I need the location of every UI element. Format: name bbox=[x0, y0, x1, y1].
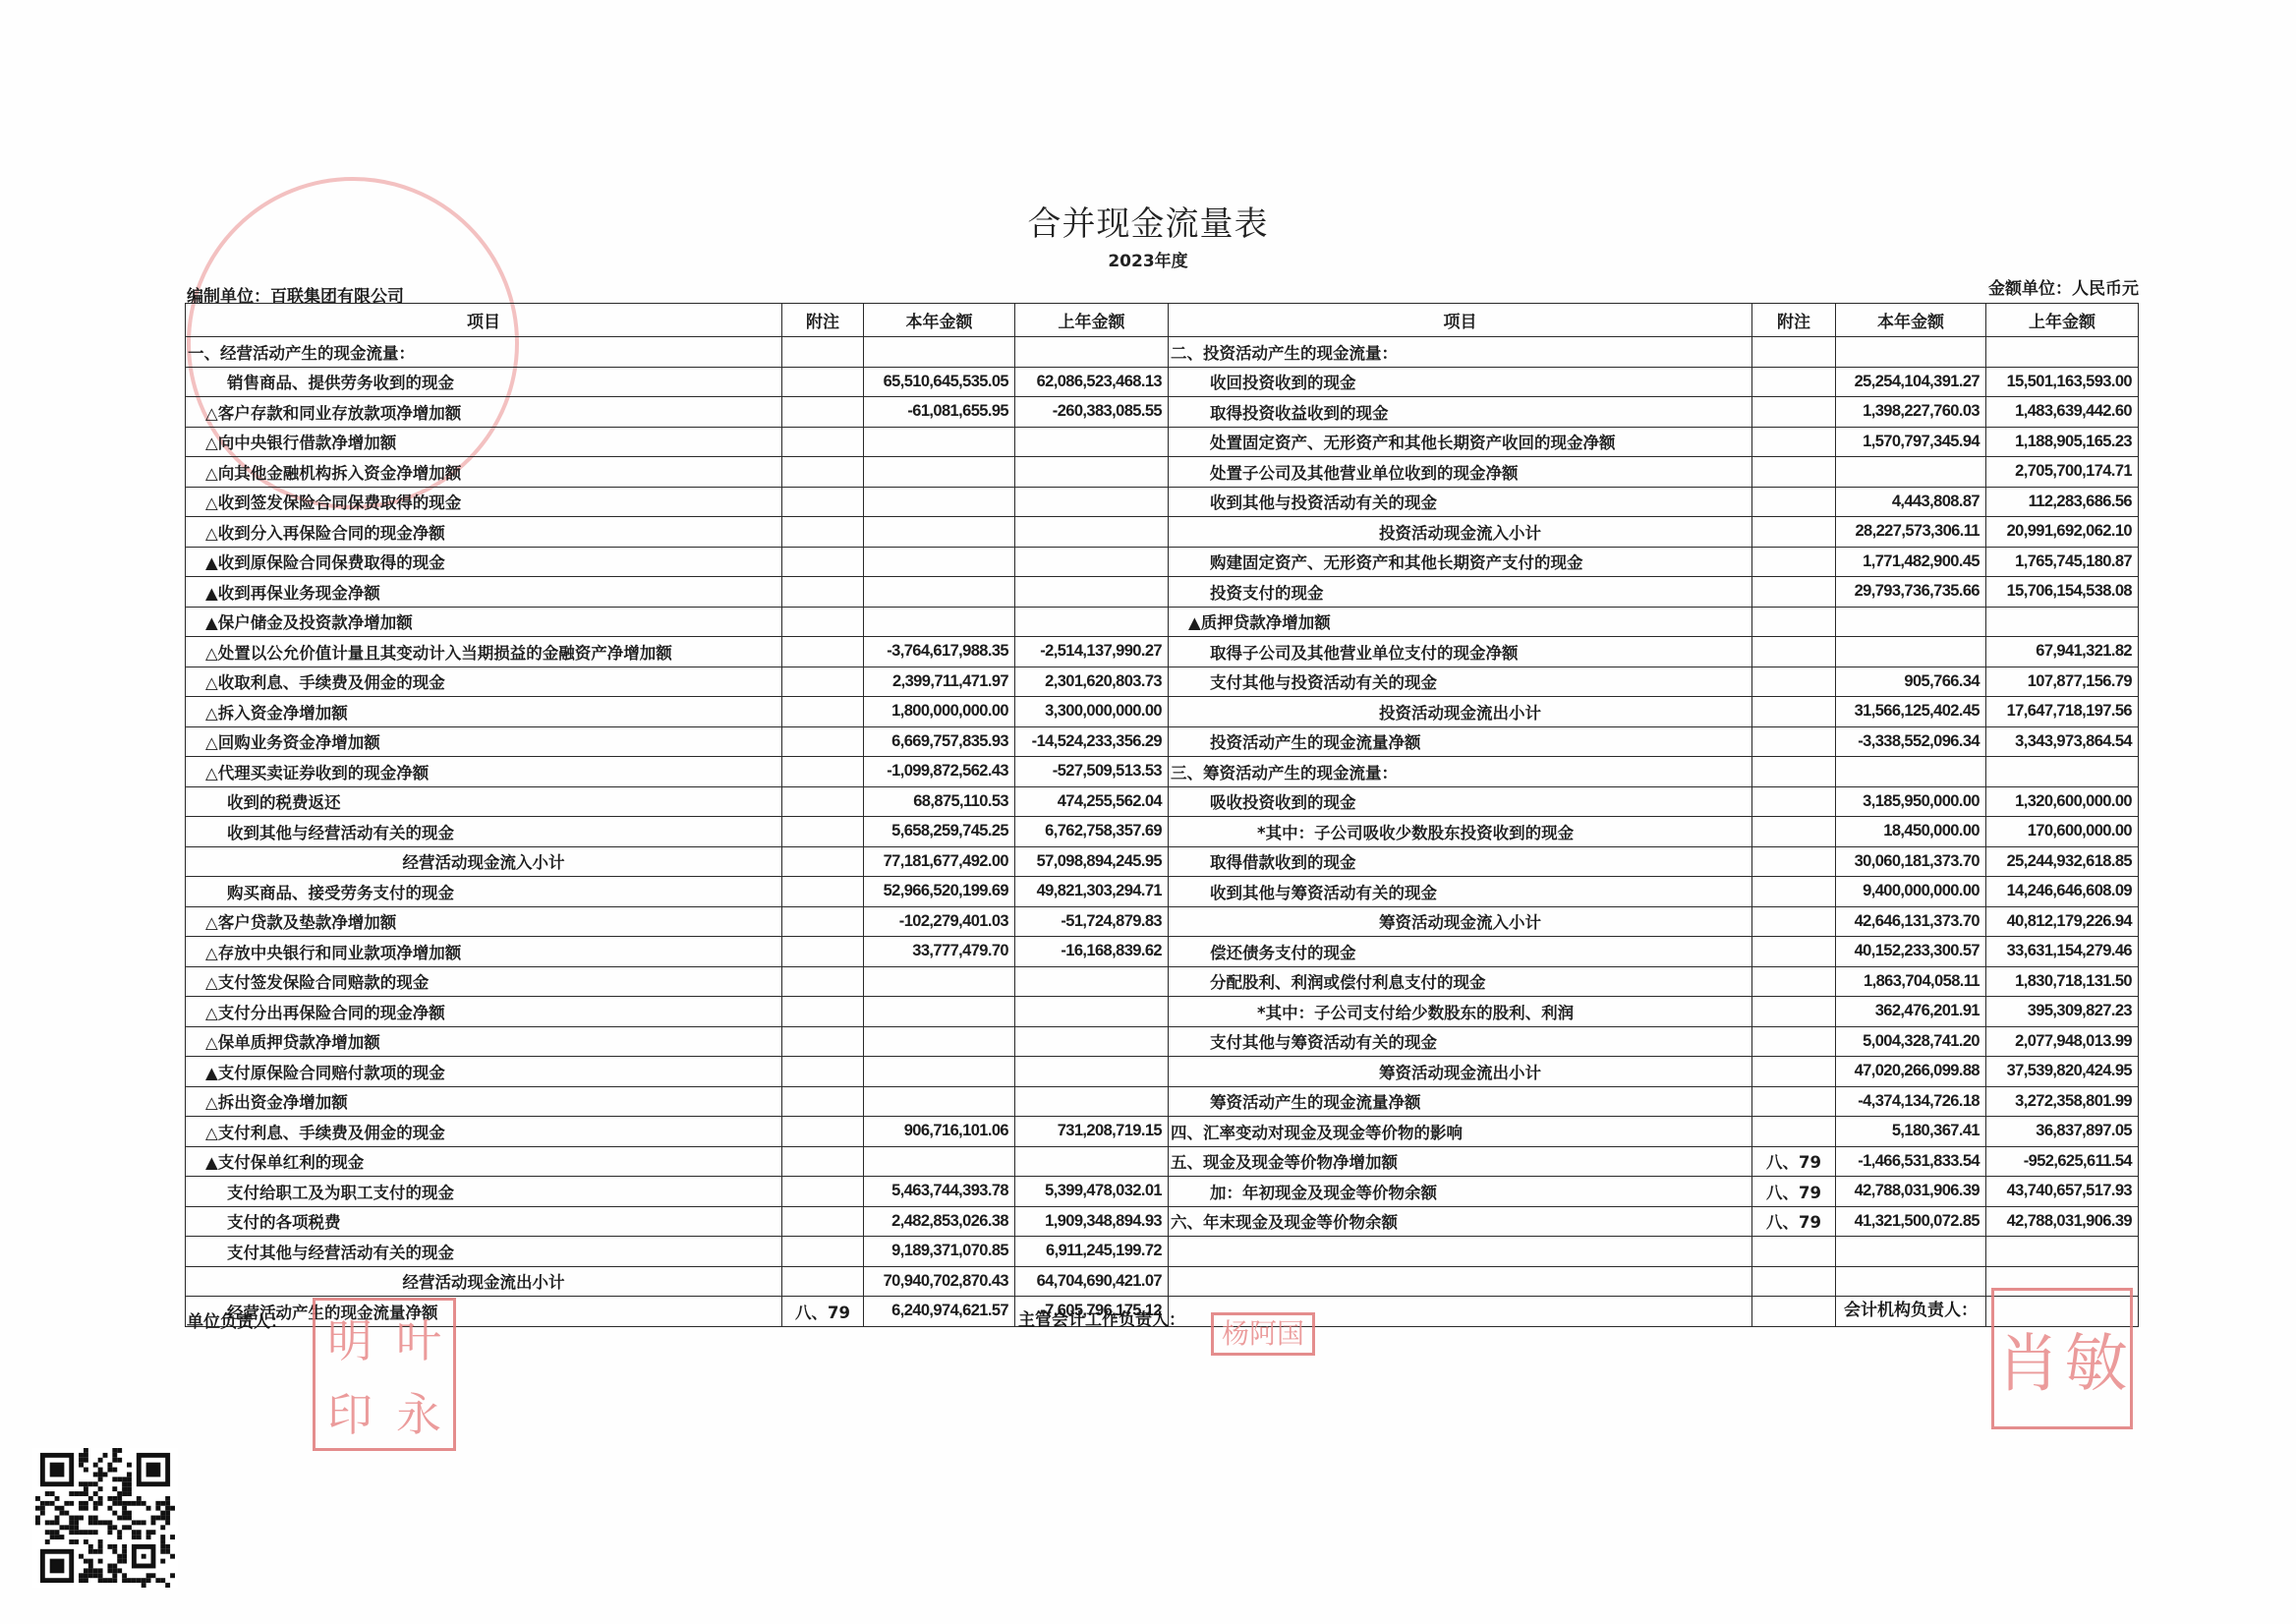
table-row: 购建固定资产、无形资产和其他长期资产支付的现金1,771,482,900.451… bbox=[1169, 547, 2139, 577]
row-note bbox=[782, 817, 864, 847]
row-item: ▲保户储金及投资款净增加额 bbox=[186, 607, 782, 637]
row-prior-amount: 20,991,692,062.10 bbox=[1986, 517, 2139, 548]
row-item: △收到分入再保险合同的现金净额 bbox=[186, 517, 782, 548]
row-note bbox=[1752, 547, 1836, 577]
row-note bbox=[1752, 337, 1836, 368]
seal-char: 叶 bbox=[384, 1305, 453, 1370]
row-current-amount: -3,764,617,988.35 bbox=[864, 637, 1015, 667]
row-note bbox=[1752, 786, 1836, 817]
row-item bbox=[1169, 1266, 1752, 1297]
table-row: 取得子公司及其他营业单位支付的现金净额67,941,321.82 bbox=[1169, 637, 2139, 667]
row-item: 收回投资收到的现金 bbox=[1169, 367, 1752, 397]
row-current-amount: 5,180,367.41 bbox=[1836, 1117, 1986, 1147]
row-item: 处置子公司及其他营业单位收到的现金净额 bbox=[1169, 457, 1752, 488]
row-note bbox=[1752, 757, 1836, 787]
row-prior-amount: 107,877,156.79 bbox=[1986, 667, 2139, 697]
row-note bbox=[1752, 367, 1836, 397]
table-row: 一、经营活动产生的现金流量： bbox=[186, 337, 1169, 368]
row-note bbox=[782, 846, 864, 877]
row-note bbox=[782, 877, 864, 907]
row-current-amount: 42,788,031,906.39 bbox=[1836, 1177, 1986, 1207]
row-prior-amount: 2,301,620,803.73 bbox=[1015, 667, 1169, 697]
row-note: 八、79 bbox=[782, 1297, 864, 1327]
row-note bbox=[1752, 937, 1836, 967]
row-note bbox=[1752, 1057, 1836, 1087]
row-note bbox=[1752, 1086, 1836, 1117]
row-prior-amount: 15,501,163,593.00 bbox=[1986, 367, 2139, 397]
seal-char: 肖 bbox=[1994, 1313, 2062, 1404]
row-current-amount bbox=[1836, 457, 1986, 488]
row-prior-amount: 1,765,745,180.87 bbox=[1986, 547, 2139, 577]
table-header: 项目 附注 本年金额 上年金额 bbox=[1169, 304, 2139, 337]
row-prior-amount bbox=[1986, 607, 2139, 637]
table-row: 支付其他与投资活动有关的现金905,766.34107,877,156.79 bbox=[1169, 667, 2139, 697]
row-note bbox=[782, 1266, 864, 1297]
row-note bbox=[1752, 966, 1836, 997]
row-prior-amount bbox=[1015, 547, 1169, 577]
row-note bbox=[782, 1237, 864, 1267]
table-row: 经营活动现金流入小计77,181,677,492.0057,098,894,24… bbox=[186, 846, 1169, 877]
row-note bbox=[1752, 1026, 1836, 1057]
col-note: 附注 bbox=[1752, 304, 1836, 337]
row-current-amount bbox=[864, 607, 1015, 637]
row-note bbox=[782, 337, 864, 368]
table-row: 吸收投资收到的现金3,185,950,000.001,320,600,000.0… bbox=[1169, 786, 2139, 817]
row-current-amount: 2,399,711,471.97 bbox=[864, 667, 1015, 697]
table-row: △收到分入再保险合同的现金净额 bbox=[186, 517, 1169, 548]
row-item: *其中：子公司吸收少数股东投资收到的现金 bbox=[1169, 817, 1752, 847]
table-row: 收到其他与经营活动有关的现金5,658,259,745.256,762,758,… bbox=[186, 817, 1169, 847]
table-row: 销售商品、提供劳务收到的现金65,510,645,535.0562,086,52… bbox=[186, 367, 1169, 397]
row-item: 一、经营活动产生的现金流量： bbox=[186, 337, 782, 368]
row-current-amount: 9,189,371,070.85 bbox=[864, 1237, 1015, 1267]
row-item: 加：年初现金及现金等价物余额 bbox=[1169, 1177, 1752, 1207]
investing-financing-cash-flow-table: 项目 附注 本年金额 上年金额 二、投资活动产生的现金流量：收回投资收到的现金2… bbox=[1168, 303, 2139, 1327]
row-note bbox=[1752, 457, 1836, 488]
row-note bbox=[1752, 607, 1836, 637]
row-prior-amount: 1,830,718,131.50 bbox=[1986, 966, 2139, 997]
row-note bbox=[782, 757, 864, 787]
row-item: 偿还债务支付的现金 bbox=[1169, 937, 1752, 967]
table-row: △收取利息、手续费及佣金的现金2,399,711,471.972,301,620… bbox=[186, 667, 1169, 697]
row-item: 收到其他与投资活动有关的现金 bbox=[1169, 487, 1752, 517]
row-current-amount bbox=[864, 427, 1015, 457]
row-current-amount: 18,450,000.00 bbox=[1836, 817, 1986, 847]
row-note bbox=[1752, 397, 1836, 428]
table-row: △处置以公允价值计量且其变动计入当期损益的金融资产净增加额-3,764,617,… bbox=[186, 637, 1169, 667]
row-item: 经营活动现金流出小计 bbox=[186, 1266, 782, 1297]
row-prior-amount: 17,647,718,197.56 bbox=[1986, 697, 2139, 727]
seal-char: 印 bbox=[316, 1379, 384, 1444]
col-current: 本年金额 bbox=[864, 304, 1015, 337]
table-row: ▲支付原保险合同赔付款项的现金 bbox=[186, 1057, 1169, 1087]
row-prior-amount bbox=[1015, 966, 1169, 997]
row-current-amount: 362,476,201.91 bbox=[1836, 997, 1986, 1027]
row-note bbox=[782, 637, 864, 667]
row-note bbox=[1752, 637, 1836, 667]
row-current-amount: 52,966,520,199.69 bbox=[864, 877, 1015, 907]
row-prior-amount: 37,539,820,424.95 bbox=[1986, 1057, 2139, 1087]
row-prior-amount bbox=[1015, 337, 1169, 368]
table-row: *其中：子公司吸收少数股东投资收到的现金18,450,000.00170,600… bbox=[1169, 817, 2139, 847]
table-row: 收回投资收到的现金25,254,104,391.2715,501,163,593… bbox=[1169, 367, 2139, 397]
table-row: △保单质押贷款净增加额 bbox=[186, 1026, 1169, 1057]
row-current-amount: 1,800,000,000.00 bbox=[864, 697, 1015, 727]
table-row bbox=[1169, 1237, 2139, 1267]
accounting-dept-seal: 肖 敏 bbox=[1991, 1288, 2133, 1429]
row-current-amount bbox=[1836, 637, 1986, 667]
table-row: 投资活动产生的现金流量净额-3,338,552,096.343,343,973,… bbox=[1169, 726, 2139, 757]
row-current-amount: 5,004,328,741.20 bbox=[1836, 1026, 1986, 1057]
row-item: △向中央银行借款净增加额 bbox=[186, 427, 782, 457]
table-row: △收到签发保险合同保费取得的现金 bbox=[186, 487, 1169, 517]
table-row: 支付给职工及为职工支付的现金5,463,744,393.785,399,478,… bbox=[186, 1177, 1169, 1207]
row-prior-amount: -527,509,513.53 bbox=[1015, 757, 1169, 787]
row-prior-amount: 36,837,897.05 bbox=[1986, 1117, 2139, 1147]
row-item: △存放中央银行和同业款项净增加额 bbox=[186, 937, 782, 967]
row-current-amount bbox=[864, 1057, 1015, 1087]
row-prior-amount: 395,309,827.23 bbox=[1986, 997, 2139, 1027]
row-note bbox=[1752, 577, 1836, 608]
row-prior-amount: -16,168,839.62 bbox=[1015, 937, 1169, 967]
row-item: 筹资活动现金流出小计 bbox=[1169, 1057, 1752, 1087]
row-prior-amount: 2,077,948,013.99 bbox=[1986, 1026, 2139, 1057]
row-note bbox=[782, 966, 864, 997]
row-prior-amount bbox=[1986, 1237, 2139, 1267]
row-item: 取得借款收到的现金 bbox=[1169, 846, 1752, 877]
row-current-amount bbox=[864, 517, 1015, 548]
row-note bbox=[782, 577, 864, 608]
row-current-amount bbox=[1836, 607, 1986, 637]
row-item: 支付其他与经营活动有关的现金 bbox=[186, 1237, 782, 1267]
row-item: 六、年末现金及现金等价物余额 bbox=[1169, 1206, 1752, 1237]
table-row: 处置固定资产、无形资产和其他长期资产收回的现金净额1,570,797,345.9… bbox=[1169, 427, 2139, 457]
row-current-amount bbox=[864, 1086, 1015, 1117]
row-note bbox=[782, 457, 864, 488]
table-row: △客户存款和同业存放款项净增加额-61,081,655.95-260,383,0… bbox=[186, 397, 1169, 428]
row-current-amount: 5,463,744,393.78 bbox=[864, 1177, 1015, 1207]
row-prior-amount: -14,524,233,356.29 bbox=[1015, 726, 1169, 757]
table-row: 五、现金及现金等价物净增加额八、79-1,466,531,833.54-952,… bbox=[1169, 1146, 2139, 1177]
row-current-amount bbox=[1836, 1266, 1986, 1297]
row-prior-amount: 6,762,758,357.69 bbox=[1015, 817, 1169, 847]
row-item: △处置以公允价值计量且其变动计入当期损益的金融资产净增加额 bbox=[186, 637, 782, 667]
row-current-amount: 68,875,110.53 bbox=[864, 786, 1015, 817]
table-row: 取得投资收益收到的现金1,398,227,760.031,483,639,442… bbox=[1169, 397, 2139, 428]
table-row: △支付利息、手续费及佣金的现金906,716,101.06731,208,719… bbox=[186, 1117, 1169, 1147]
row-current-amount: -61,081,655.95 bbox=[864, 397, 1015, 428]
row-item bbox=[1169, 1237, 1752, 1267]
row-note bbox=[782, 547, 864, 577]
table-row: 投资活动现金流出小计31,566,125,402.4517,647,718,19… bbox=[1169, 697, 2139, 727]
row-item: 收到其他与筹资活动有关的现金 bbox=[1169, 877, 1752, 907]
table-row: 支付其他与筹资活动有关的现金5,004,328,741.202,077,948,… bbox=[1169, 1026, 2139, 1057]
row-prior-amount: 474,255,562.04 bbox=[1015, 786, 1169, 817]
row-item: *其中：子公司支付给少数股东的股利、利润 bbox=[1169, 997, 1752, 1027]
row-note bbox=[782, 1057, 864, 1087]
row-note bbox=[782, 367, 864, 397]
row-item: △向其他金融机构拆入资金净增加额 bbox=[186, 457, 782, 488]
row-note bbox=[1752, 997, 1836, 1027]
row-note bbox=[1752, 1117, 1836, 1147]
row-note: 八、79 bbox=[1752, 1206, 1836, 1237]
table-row: ▲质押贷款净增加额 bbox=[1169, 607, 2139, 637]
row-item: 筹资活动产生的现金流量净额 bbox=[1169, 1086, 1752, 1117]
row-prior-amount: 5,399,478,032.01 bbox=[1015, 1177, 1169, 1207]
report-period: 2023年度 bbox=[0, 247, 2296, 271]
table-row: △向其他金融机构拆入资金净增加额 bbox=[186, 457, 1169, 488]
row-item: 支付其他与筹资活动有关的现金 bbox=[1169, 1026, 1752, 1057]
table-row: 经营活动现金流出小计70,940,702,870.4364,704,690,42… bbox=[186, 1266, 1169, 1297]
row-current-amount: 47,020,266,099.88 bbox=[1836, 1057, 1986, 1087]
row-current-amount bbox=[864, 457, 1015, 488]
row-note bbox=[1752, 697, 1836, 727]
table-row: 收到其他与筹资活动有关的现金9,400,000,000.0014,246,646… bbox=[1169, 877, 2139, 907]
col-current: 本年金额 bbox=[1836, 304, 1986, 337]
row-prior-amount bbox=[1015, 1026, 1169, 1057]
row-item: △支付签发保险合同赔款的现金 bbox=[186, 966, 782, 997]
row-item: 购买商品、接受劳务支付的现金 bbox=[186, 877, 782, 907]
row-current-amount: 1,863,704,058.11 bbox=[1836, 966, 1986, 997]
row-item: 购建固定资产、无形资产和其他长期资产支付的现金 bbox=[1169, 547, 1752, 577]
accounting-head-seal: 杨阿国 bbox=[1211, 1312, 1315, 1356]
row-prior-amount: 49,821,303,294.71 bbox=[1015, 877, 1169, 907]
table-row: 购买商品、接受劳务支付的现金52,966,520,199.6949,821,30… bbox=[186, 877, 1169, 907]
table-row: 支付其他与经营活动有关的现金9,189,371,070.856,911,245,… bbox=[186, 1237, 1169, 1267]
row-current-amount bbox=[864, 337, 1015, 368]
row-item: △客户存款和同业存放款项净增加额 bbox=[186, 397, 782, 428]
row-current-amount bbox=[1836, 757, 1986, 787]
row-note bbox=[782, 726, 864, 757]
row-current-amount: 28,227,573,306.11 bbox=[1836, 517, 1986, 548]
table-row: △客户贷款及垫款净增加额-102,279,401.03-51,724,879.8… bbox=[186, 906, 1169, 937]
table-row: 偿还债务支付的现金40,152,233,300.5733,631,154,279… bbox=[1169, 937, 2139, 967]
row-current-amount: 1,771,482,900.45 bbox=[1836, 547, 1986, 577]
table-row: 三、筹资活动产生的现金流量： bbox=[1169, 757, 2139, 787]
row-note bbox=[782, 1026, 864, 1057]
row-prior-amount: -2,514,137,990.27 bbox=[1015, 637, 1169, 667]
row-note bbox=[1752, 817, 1836, 847]
row-item: 处置固定资产、无形资产和其他长期资产收回的现金净额 bbox=[1169, 427, 1752, 457]
row-item: ▲质押贷款净增加额 bbox=[1169, 607, 1752, 637]
row-current-amount: 905,766.34 bbox=[1836, 667, 1986, 697]
row-item: 投资活动现金流出小计 bbox=[1169, 697, 1752, 727]
row-current-amount: -3,338,552,096.34 bbox=[1836, 726, 1986, 757]
row-prior-amount bbox=[1015, 1057, 1169, 1087]
operating-cash-flow-table: 项目 附注 本年金额 上年金额 一、经营活动产生的现金流量：销售商品、提供劳务收… bbox=[185, 303, 1169, 1327]
seal-char: 敏 bbox=[2062, 1313, 2130, 1404]
table-row: 分配股利、利润或偿付利息支付的现金1,863,704,058.111,830,7… bbox=[1169, 966, 2139, 997]
unit-head-seal: 明 叶 印 永 bbox=[313, 1298, 456, 1451]
row-item: 销售商品、提供劳务收到的现金 bbox=[186, 367, 782, 397]
row-current-amount: 41,321,500,072.85 bbox=[1836, 1206, 1986, 1237]
row-current-amount: -1,466,531,833.54 bbox=[1836, 1146, 1986, 1177]
row-current-amount: 6,669,757,835.93 bbox=[864, 726, 1015, 757]
row-prior-amount: 64,704,690,421.07 bbox=[1015, 1266, 1169, 1297]
row-current-amount: 33,777,479.70 bbox=[864, 937, 1015, 967]
row-item: 二、投资活动产生的现金流量： bbox=[1169, 337, 1752, 368]
row-note bbox=[782, 937, 864, 967]
table-row: 二、投资活动产生的现金流量： bbox=[1169, 337, 2139, 368]
row-prior-amount: 112,283,686.56 bbox=[1986, 487, 2139, 517]
row-item: △支付分出再保险合同的现金净额 bbox=[186, 997, 782, 1027]
row-prior-amount: 170,600,000.00 bbox=[1986, 817, 2139, 847]
table-row: △支付分出再保险合同的现金净额 bbox=[186, 997, 1169, 1027]
table-row: 四、汇率变动对现金及现金等价物的影响5,180,367.4136,837,897… bbox=[1169, 1117, 2139, 1147]
table-row: △存放中央银行和同业款项净增加额33,777,479.70-16,168,839… bbox=[186, 937, 1169, 967]
col-item: 项目 bbox=[186, 304, 782, 337]
col-note: 附注 bbox=[782, 304, 864, 337]
row-prior-amount bbox=[1015, 1146, 1169, 1177]
row-prior-amount bbox=[1015, 607, 1169, 637]
row-note: 八、79 bbox=[1752, 1177, 1836, 1207]
table-row: △拆出资金净增加额 bbox=[186, 1086, 1169, 1117]
table-row: ▲收到再保业务现金净额 bbox=[186, 577, 1169, 608]
row-prior-amount: 3,343,973,864.54 bbox=[1986, 726, 2139, 757]
table-row: 筹资活动现金流出小计47,020,266,099.8837,539,820,42… bbox=[1169, 1057, 2139, 1087]
row-item: △拆入资金净增加额 bbox=[186, 697, 782, 727]
table-row: 筹资活动现金流入小计42,646,131,373.7040,812,179,22… bbox=[1169, 906, 2139, 937]
row-item: 取得投资收益收到的现金 bbox=[1169, 397, 1752, 428]
row-item: △回购业务资金净增加额 bbox=[186, 726, 782, 757]
row-note bbox=[782, 1146, 864, 1177]
row-prior-amount: 1,188,905,165.23 bbox=[1986, 427, 2139, 457]
row-current-amount bbox=[864, 1146, 1015, 1177]
qr-code-icon bbox=[32, 1448, 178, 1588]
row-current-amount: 3,185,950,000.00 bbox=[1836, 786, 1986, 817]
row-note bbox=[782, 607, 864, 637]
seal-char: 明 bbox=[316, 1305, 384, 1370]
row-item: 投资支付的现金 bbox=[1169, 577, 1752, 608]
row-note bbox=[782, 906, 864, 937]
table-row: △拆入资金净增加额1,800,000,000.003,300,000,000.0… bbox=[186, 697, 1169, 727]
row-prior-amount: 14,246,646,608.09 bbox=[1986, 877, 2139, 907]
table-row: *其中：子公司支付给少数股东的股利、利润362,476,201.91395,30… bbox=[1169, 997, 2139, 1027]
col-prior: 上年金额 bbox=[1015, 304, 1169, 337]
row-note bbox=[782, 427, 864, 457]
row-item: 投资活动产生的现金流量净额 bbox=[1169, 726, 1752, 757]
row-prior-amount: 43,740,657,517.93 bbox=[1986, 1177, 2139, 1207]
table-row: △支付签发保险合同赔款的现金 bbox=[186, 966, 1169, 997]
row-prior-amount bbox=[1015, 457, 1169, 488]
row-item: 分配股利、利润或偿付利息支付的现金 bbox=[1169, 966, 1752, 997]
table-header: 项目 附注 本年金额 上年金额 bbox=[186, 304, 1169, 337]
table-row: 处置子公司及其他营业单位收到的现金净额2,705,700,174.71 bbox=[1169, 457, 2139, 488]
row-prior-amount bbox=[1015, 1086, 1169, 1117]
table-row: △代理买卖证券收到的现金净额-1,099,872,562.43-527,509,… bbox=[186, 757, 1169, 787]
row-current-amount: 40,152,233,300.57 bbox=[1836, 937, 1986, 967]
row-prior-amount bbox=[1015, 427, 1169, 457]
row-current-amount: 29,793,736,735.66 bbox=[1836, 577, 1986, 608]
table-row: ▲收到原保险合同保费取得的现金 bbox=[186, 547, 1169, 577]
row-note bbox=[782, 1177, 864, 1207]
row-item: 支付的各项税费 bbox=[186, 1206, 782, 1237]
row-current-amount: 5,658,259,745.25 bbox=[864, 817, 1015, 847]
row-prior-amount: 40,812,179,226.94 bbox=[1986, 906, 2139, 937]
table-row: △向中央银行借款净增加额 bbox=[186, 427, 1169, 457]
row-item: 筹资活动现金流入小计 bbox=[1169, 906, 1752, 937]
row-note bbox=[1752, 906, 1836, 937]
row-item: △代理买卖证券收到的现金净额 bbox=[186, 757, 782, 787]
table-row: 支付的各项税费2,482,853,026.381,909,348,894.93 bbox=[186, 1206, 1169, 1237]
row-item: 投资活动现金流入小计 bbox=[1169, 517, 1752, 548]
accounting-head-label: 主管会计工作负责人： bbox=[1018, 1305, 1185, 1330]
page-title: 合并现金流量表 bbox=[0, 197, 2296, 245]
row-prior-amount: 42,788,031,906.39 bbox=[1986, 1206, 2139, 1237]
row-item: 支付给职工及为职工支付的现金 bbox=[186, 1177, 782, 1207]
row-current-amount: 30,060,181,373.70 bbox=[1836, 846, 1986, 877]
seal-char: 永 bbox=[384, 1379, 453, 1444]
row-prior-amount bbox=[1986, 757, 2139, 787]
row-current-amount: 9,400,000,000.00 bbox=[1836, 877, 1986, 907]
row-item: 经营活动现金流入小计 bbox=[186, 846, 782, 877]
row-note bbox=[1752, 487, 1836, 517]
row-current-amount: 70,940,702,870.43 bbox=[864, 1266, 1015, 1297]
row-item: 五、现金及现金等价物净增加额 bbox=[1169, 1146, 1752, 1177]
row-item: △拆出资金净增加额 bbox=[186, 1086, 782, 1117]
row-current-amount: 65,510,645,535.05 bbox=[864, 367, 1015, 397]
row-note bbox=[782, 1117, 864, 1147]
row-item: 收到的税费返还 bbox=[186, 786, 782, 817]
row-prior-amount: 67,941,321.82 bbox=[1986, 637, 2139, 667]
row-prior-amount: 57,098,894,245.95 bbox=[1015, 846, 1169, 877]
row-current-amount bbox=[864, 997, 1015, 1027]
row-prior-amount: 33,631,154,279.46 bbox=[1986, 937, 2139, 967]
table-row: 六、年末现金及现金等价物余额八、7941,321,500,072.8542,78… bbox=[1169, 1206, 2139, 1237]
row-item: 吸收投资收到的现金 bbox=[1169, 786, 1752, 817]
row-current-amount bbox=[864, 966, 1015, 997]
currency-unit: 金额单位：人民币元 bbox=[1988, 274, 2139, 299]
table-row: ▲支付保单红利的现金 bbox=[186, 1146, 1169, 1177]
row-prior-amount: -51,724,879.83 bbox=[1015, 906, 1169, 937]
row-item: ▲收到再保业务现金净额 bbox=[186, 577, 782, 608]
row-note bbox=[1752, 427, 1836, 457]
table-row: △回购业务资金净增加额6,669,757,835.93-14,524,233,3… bbox=[186, 726, 1169, 757]
row-prior-amount: 3,300,000,000.00 bbox=[1015, 697, 1169, 727]
row-current-amount: 1,570,797,345.94 bbox=[1836, 427, 1986, 457]
col-prior: 上年金额 bbox=[1986, 304, 2139, 337]
row-item: △支付利息、手续费及佣金的现金 bbox=[186, 1117, 782, 1147]
row-current-amount bbox=[1836, 337, 1986, 368]
row-item: △收取利息、手续费及佣金的现金 bbox=[186, 667, 782, 697]
row-prior-amount: 6,911,245,199.72 bbox=[1015, 1237, 1169, 1267]
row-note bbox=[782, 517, 864, 548]
row-current-amount: 1,398,227,760.03 bbox=[1836, 397, 1986, 428]
row-prior-amount bbox=[1015, 577, 1169, 608]
row-item: △收到签发保险合同保费取得的现金 bbox=[186, 487, 782, 517]
row-note bbox=[782, 997, 864, 1027]
row-prior-amount bbox=[1015, 487, 1169, 517]
row-note bbox=[1752, 1237, 1836, 1267]
row-note: 八、79 bbox=[1752, 1146, 1836, 1177]
row-note bbox=[1752, 667, 1836, 697]
row-current-amount bbox=[864, 1026, 1015, 1057]
row-item: ▲支付保单红利的现金 bbox=[186, 1146, 782, 1177]
row-current-amount: 25,254,104,391.27 bbox=[1836, 367, 1986, 397]
row-prior-amount: 1,909,348,894.93 bbox=[1015, 1206, 1169, 1237]
row-prior-amount: 2,705,700,174.71 bbox=[1986, 457, 2139, 488]
row-current-amount: 31,566,125,402.45 bbox=[1836, 697, 1986, 727]
row-prior-amount: 1,483,639,442.60 bbox=[1986, 397, 2139, 428]
row-item: 三、筹资活动产生的现金流量： bbox=[1169, 757, 1752, 787]
row-current-amount bbox=[864, 547, 1015, 577]
row-prior-amount bbox=[1015, 997, 1169, 1027]
row-item: △客户贷款及垫款净增加额 bbox=[186, 906, 782, 937]
row-current-amount bbox=[1836, 1237, 1986, 1267]
table-row: 收到其他与投资活动有关的现金4,443,808.87112,283,686.56 bbox=[1169, 487, 2139, 517]
row-item: △保单质押贷款净增加额 bbox=[186, 1026, 782, 1057]
row-note bbox=[782, 786, 864, 817]
